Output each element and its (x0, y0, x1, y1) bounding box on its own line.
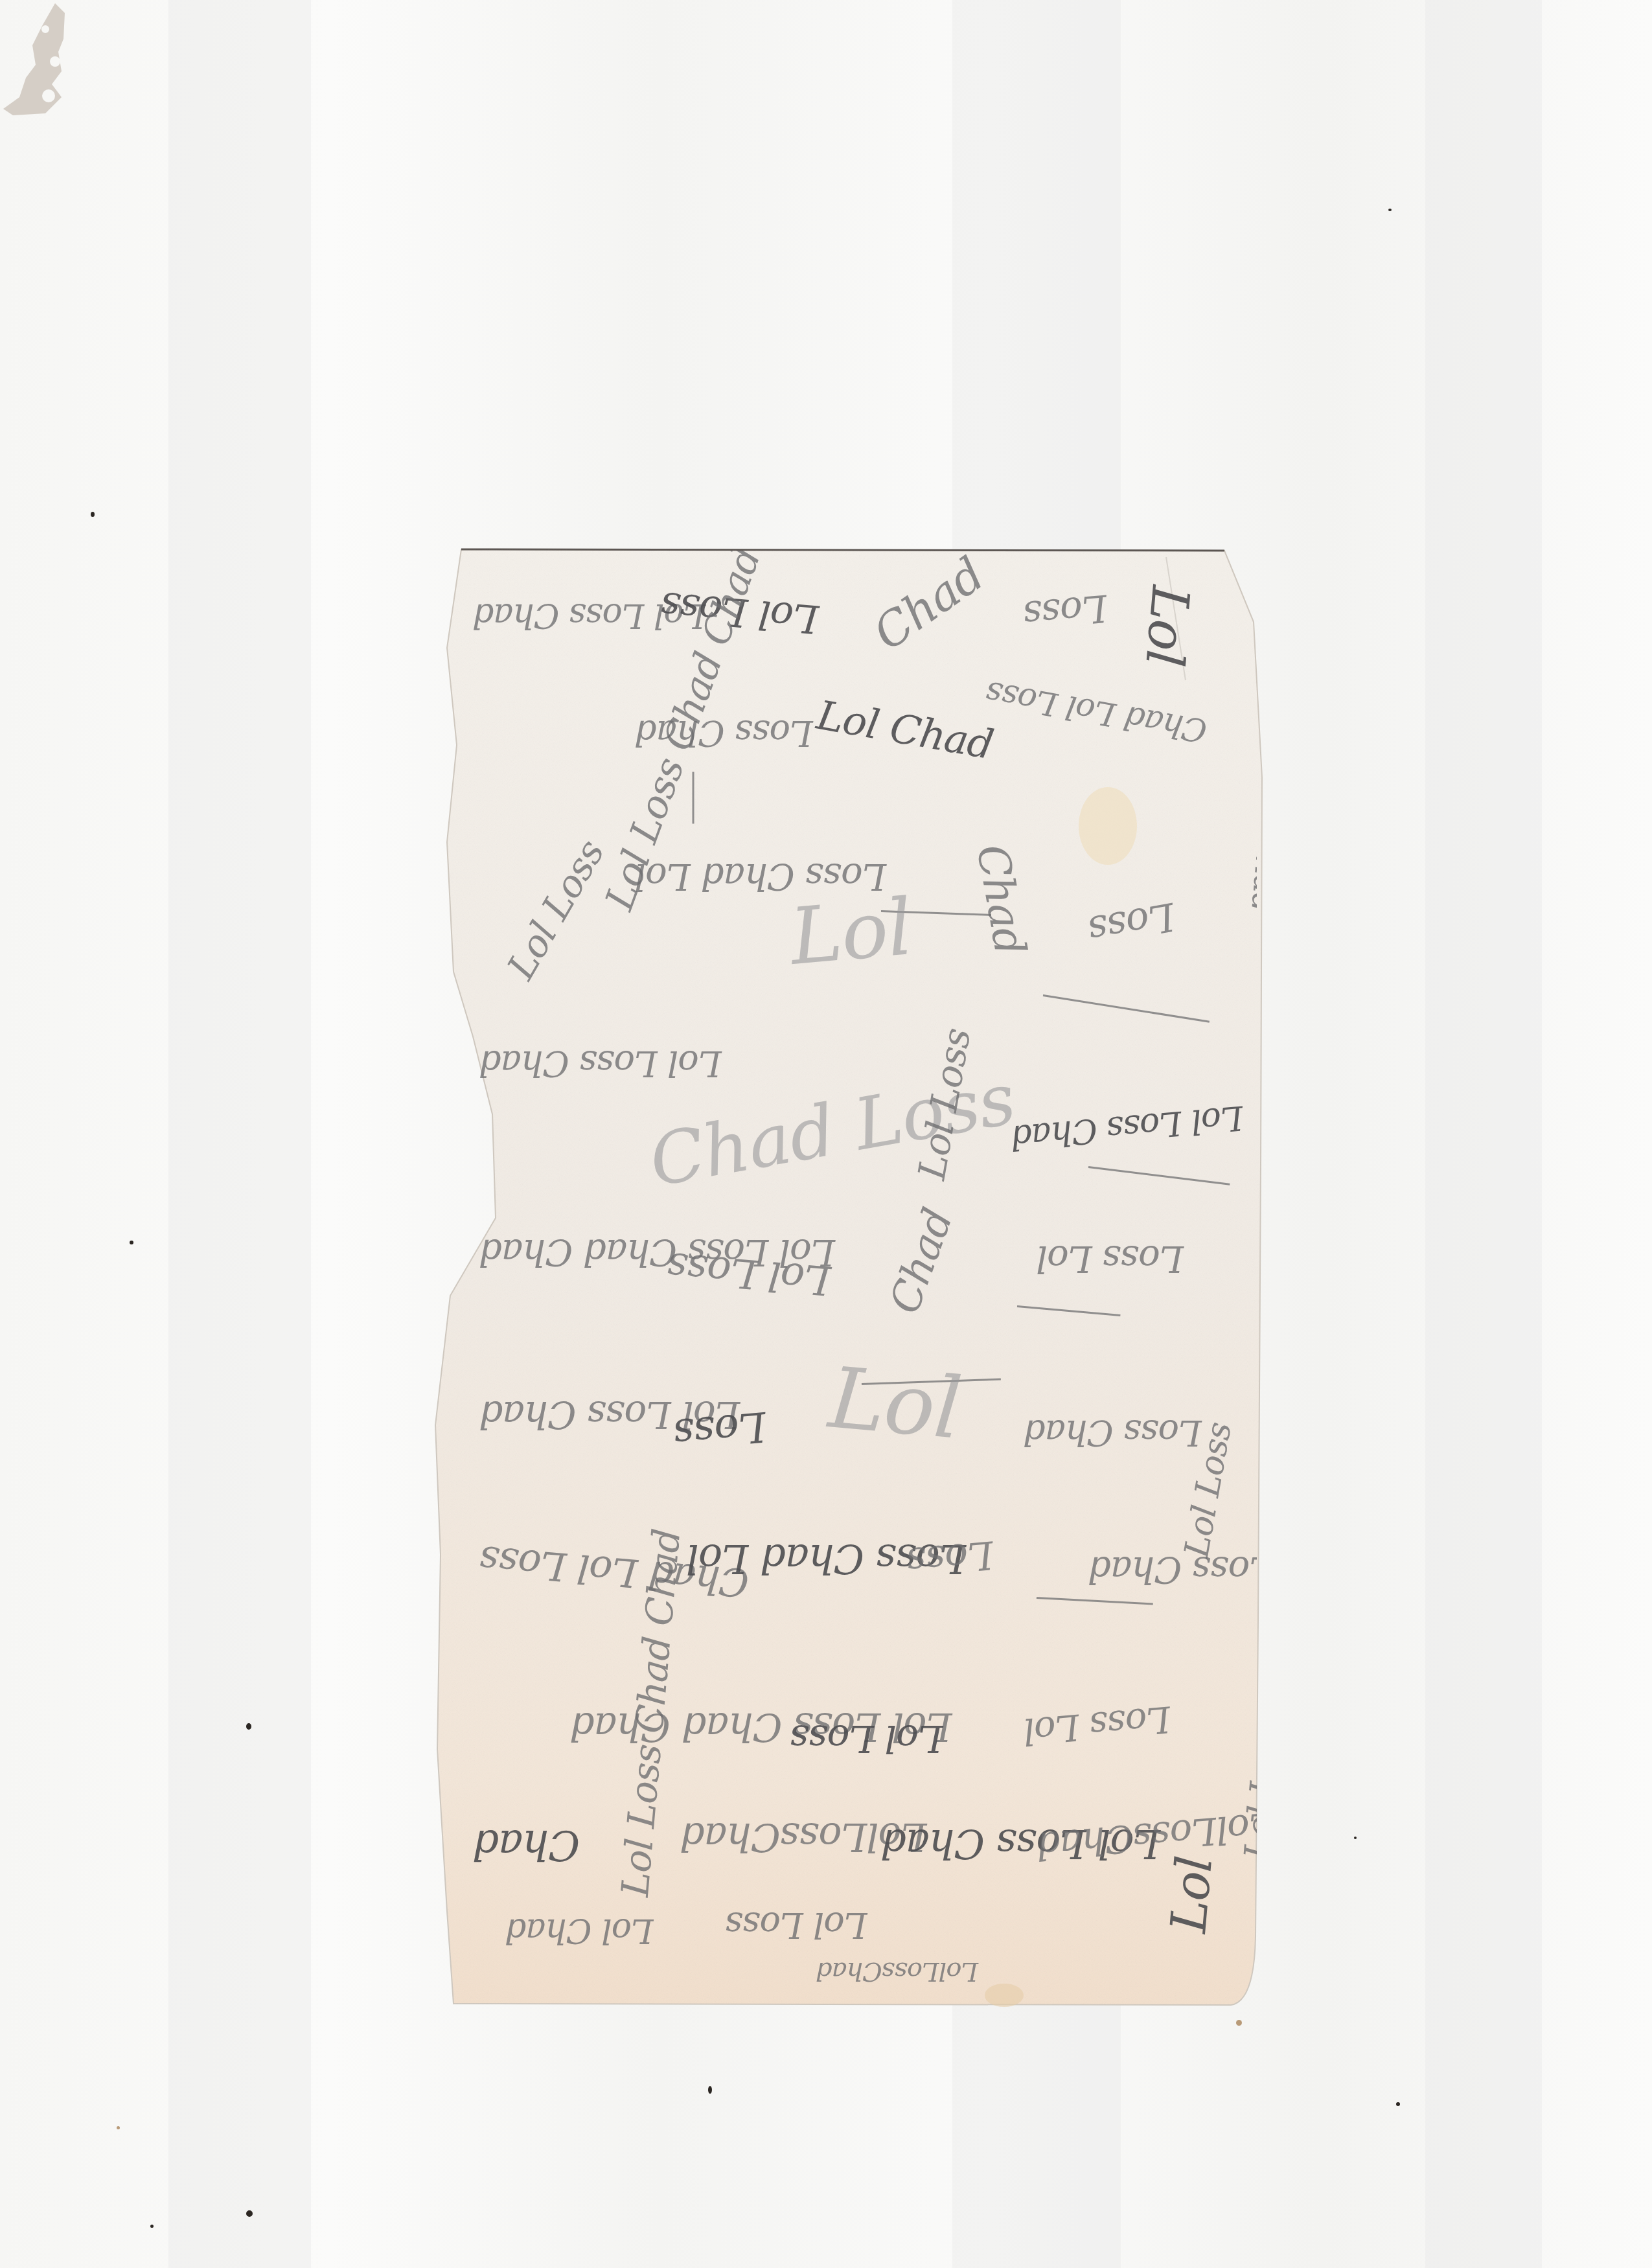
handwritten-fragment: Loss Chad (635, 713, 813, 753)
pencil-underline (693, 772, 694, 824)
handwritten-fragment: Lol (1134, 584, 1200, 669)
handwritten-fragment: Loss (672, 1402, 768, 1458)
handwritten-fragment: LolLossChad (1035, 1804, 1257, 1868)
handwritten-bottom-line: LolLossChad (816, 1956, 978, 1986)
handwritten-fragment: Lol (786, 882, 915, 983)
torn-corner-remnant (0, 0, 71, 117)
handwritten-fragment: Loss Lol (1022, 1697, 1173, 1752)
handwritten-fragment: Lol Loss Chad (1088, 1548, 1257, 1590)
pencil-underline (1017, 1305, 1121, 1316)
handwritten-fragment: Chad Lol Loss (983, 674, 1210, 750)
handwritten-fragment: Lol Loss (790, 1717, 943, 1761)
handwritten-fragment: Lol Chad (505, 1911, 654, 1950)
handwritten-fragment: Lol (1159, 1854, 1223, 1935)
handwritten-fragment: Lol Loss (726, 1905, 867, 1945)
handwritten-fragment: Chad (864, 551, 994, 661)
handwritten-fragment: Loss (1085, 893, 1178, 953)
handwritten-fragment: Chad (881, 1203, 963, 1320)
handwritten-fragment: LolLossChad (1244, 716, 1257, 914)
handwritten-fragment: Loss (1022, 586, 1108, 637)
pencil-underline (1088, 1166, 1230, 1186)
handwritten-fragment: Loss (905, 1531, 995, 1584)
handwritten-fragment: Loss Chad (1024, 1412, 1202, 1453)
handwritten-fragment: Lol Chad (814, 691, 997, 768)
handwritten-fragment: Lol Loss Chad (479, 1043, 722, 1084)
handwriting-area: Lol Loss Chad Lol Loss Chad Loss Lol Lol… (453, 551, 1257, 2002)
handwritten-fragment: Lol Loss (498, 832, 613, 987)
handwritten-fragment: Chad (473, 1820, 580, 1868)
handwritten-fragment: Lol (825, 1348, 965, 1458)
handwritten-fragment: Chad (967, 841, 1035, 958)
paper-fragment: Lol Loss Chad Lol Loss Chad Loss Lol Lol… (0, 0, 1652, 2268)
handwritten-fragment: Loss Lol (1037, 1237, 1184, 1279)
handwritten-fragment: Lol Loss Chad (1009, 1097, 1245, 1156)
pencil-underline (1043, 994, 1210, 1023)
pencil-underline (1037, 1597, 1153, 1605)
